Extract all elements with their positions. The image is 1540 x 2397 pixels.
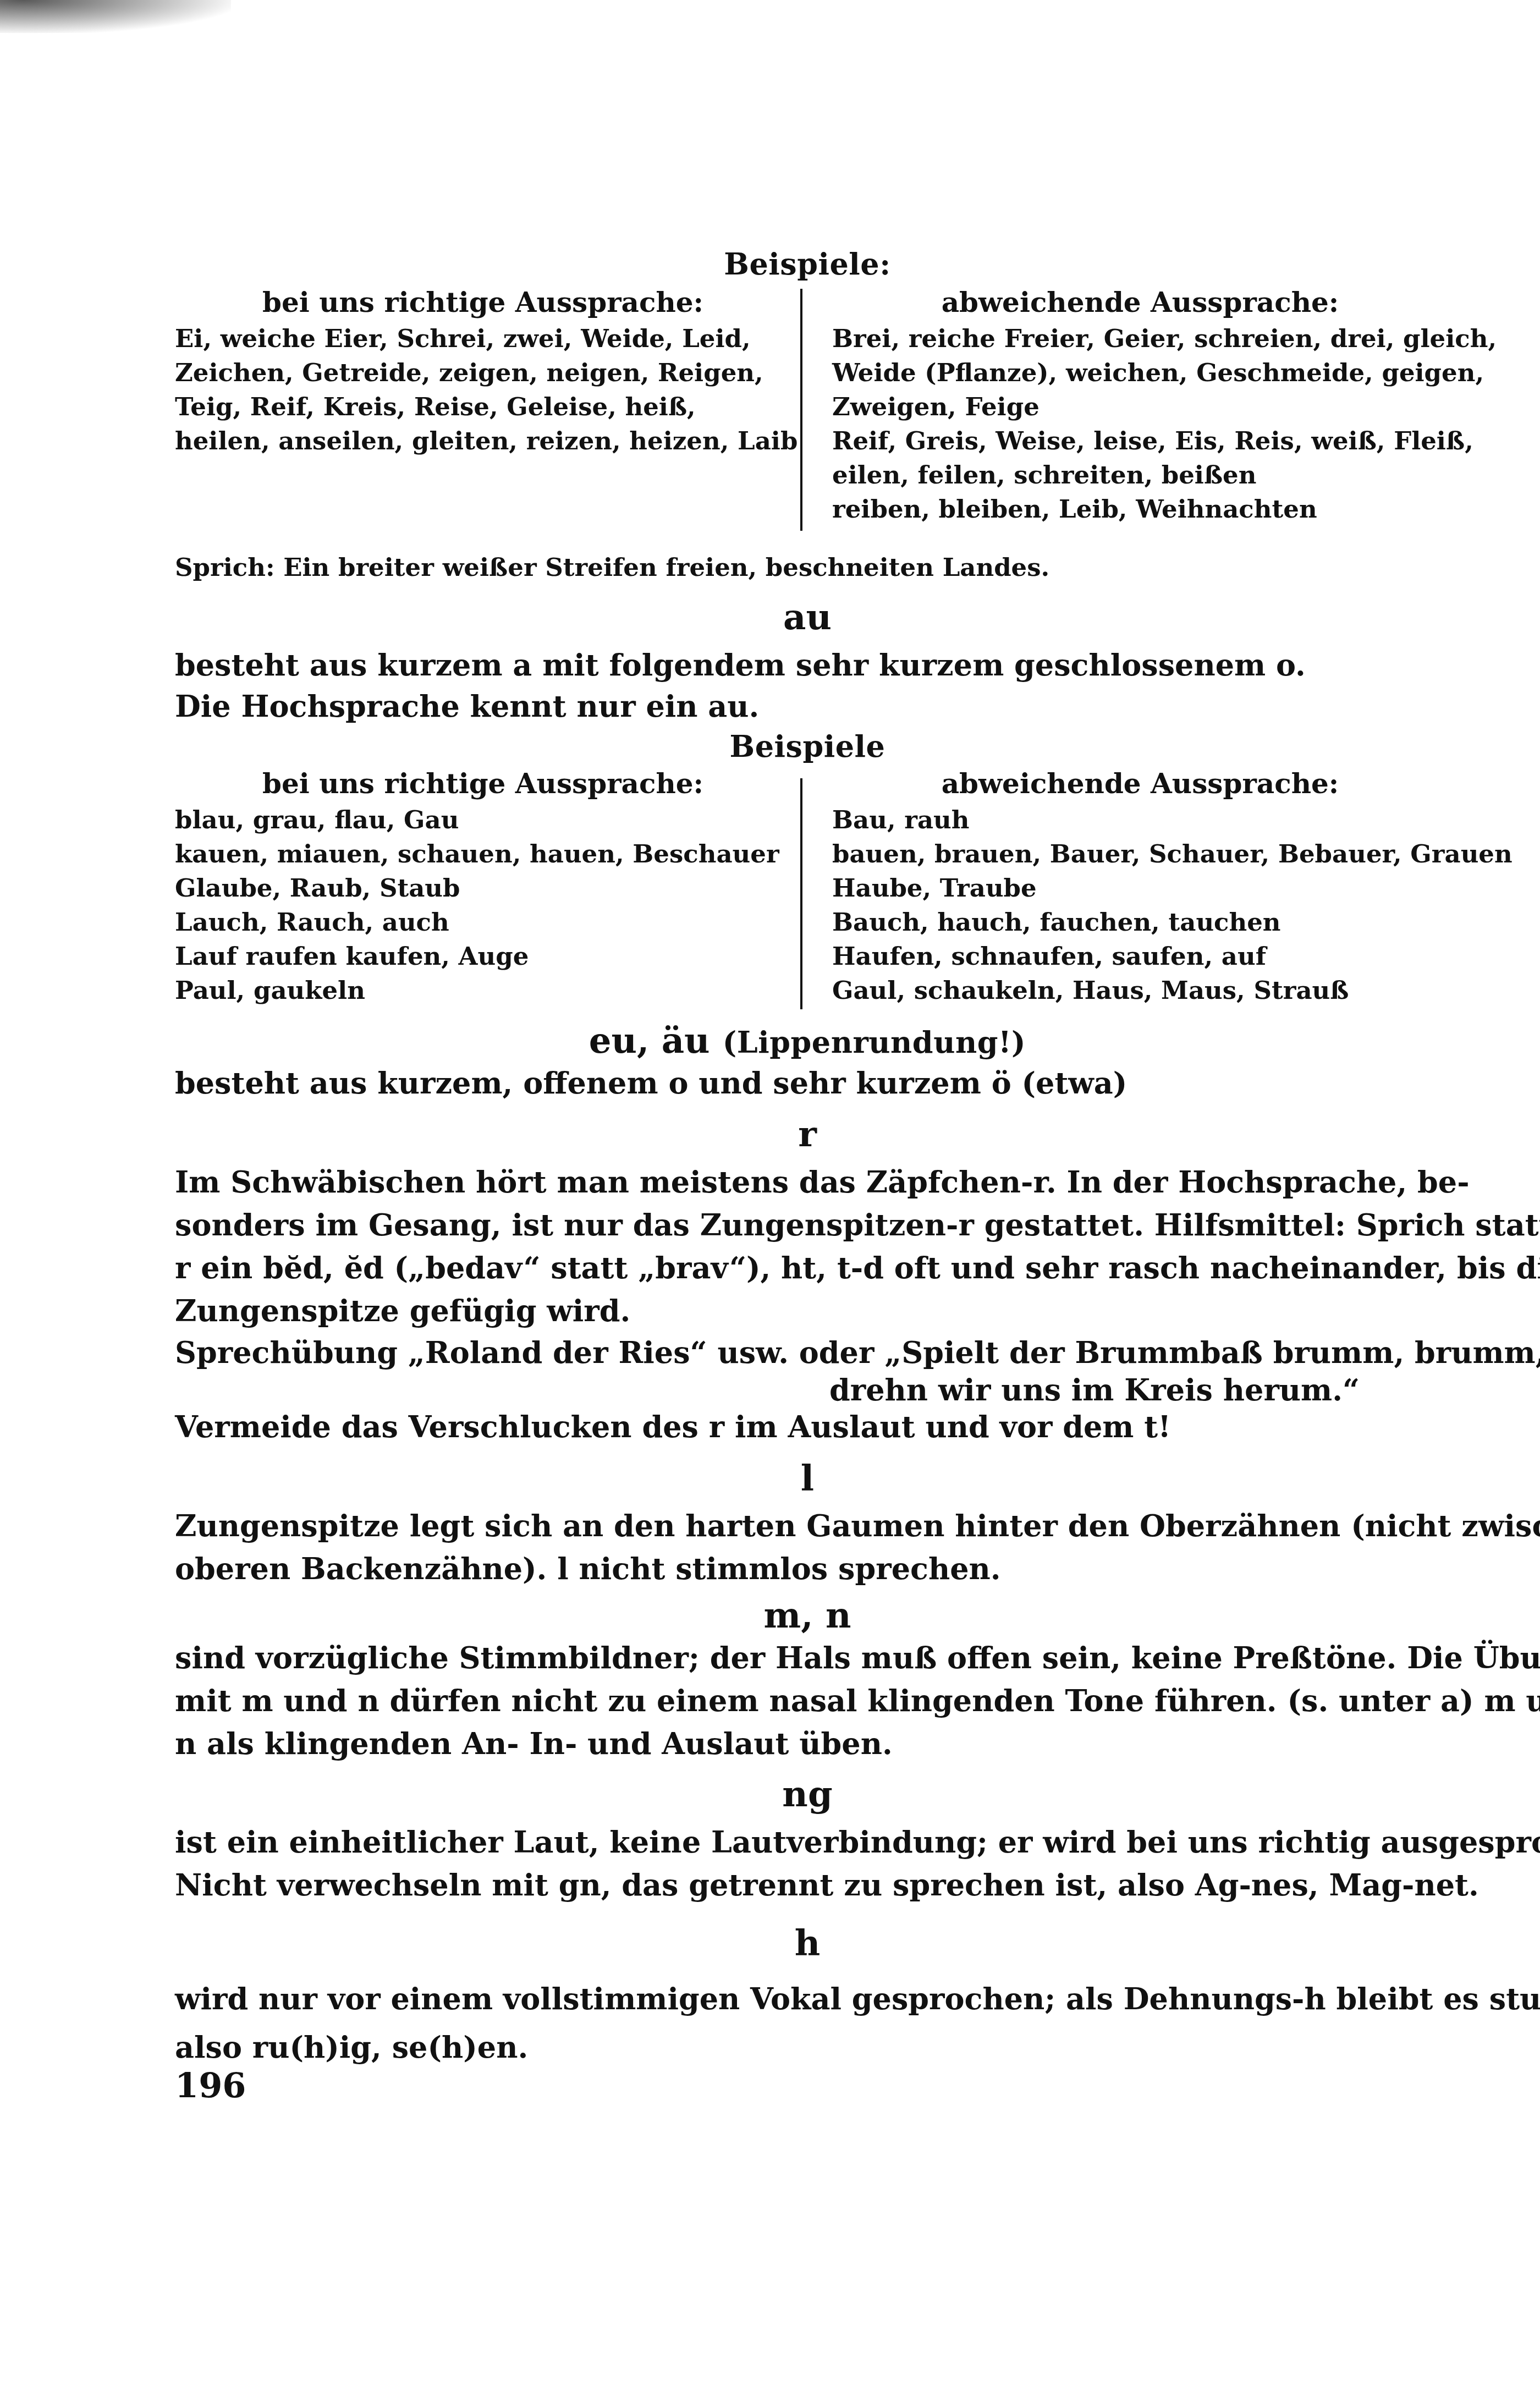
- heading-r: r: [175, 1114, 1440, 1155]
- r-paragraph-line: Zungenspitze gefügig wird.: [175, 1289, 1540, 1332]
- h-paragraph-line: also ru(h)ig, se(h)en.: [175, 2023, 1540, 2071]
- ei-correct-line: Ei, weiche Eier, Schrei, zwei, Weide, Le…: [175, 322, 791, 356]
- ei-correct-header: bei uns richtige Aussprache:: [175, 286, 791, 318]
- au-deviant-line: Gaul, schaukeln, Haus, Maus, Strauß: [832, 974, 1448, 1008]
- r-exercise-line: Sprechübung „Roland der Ries“ usw. oder …: [175, 1331, 1540, 1374]
- heading-ng: ng: [175, 1774, 1440, 1815]
- ng-paragraph-line: Nicht verwechseln mit gn, das getrennt z…: [175, 1863, 1540, 1906]
- l-paragraph-line: Zungenspitze legt sich an den harten Gau…: [175, 1504, 1540, 1547]
- r-paragraph-line: r ein bĕd, ĕd („bedav“ statt „brav“), ht…: [175, 1246, 1540, 1289]
- ei-correct-line: Teig, Reif, Kreis, Reise, Geleise, heiß,: [175, 390, 791, 424]
- ei-correct-line: Zeichen, Getreide, zeigen, neigen, Reige…: [175, 356, 791, 390]
- examples-title-au: Beispiele: [175, 729, 1440, 764]
- au-deviant-line: Bauch, hauch, fauchen, tauchen: [832, 905, 1448, 939]
- au-deviant-line: Bau, rauh: [832, 803, 1448, 837]
- examples-title-ei: Beispiele:: [175, 246, 1440, 282]
- ei-deviant-line: eilen, feilen, schreiten, beißen: [832, 458, 1448, 492]
- au-deviant-line: bauen, brauen, Bauer, Schauer, Bebauer, …: [832, 837, 1448, 871]
- au-correct-line: Lauf raufen kaufen, Auge: [175, 939, 791, 974]
- au-correct-line: kauen, miauen, schauen, hauen, Beschauer: [175, 837, 791, 871]
- page-number: 196: [175, 2065, 246, 2105]
- heading-au: au: [175, 597, 1440, 638]
- au-deviant-line: Haube, Traube: [832, 871, 1448, 905]
- au-correct-column: bei uns richtige Aussprache: blau, grau,…: [175, 767, 791, 1008]
- ei-correct-line: heilen, anseilen, gleiten, reizen, heize…: [175, 424, 791, 458]
- ei-correct-column: bei uns richtige Aussprache: Ei, weiche …: [175, 286, 791, 458]
- heading-l: l: [175, 1458, 1440, 1499]
- au-correct-line: blau, grau, flau, Gau: [175, 803, 791, 837]
- ei-deviant-header: abweichende Aussprache:: [832, 286, 1448, 318]
- scan-smudge: [0, 0, 231, 33]
- ei-deviant-line: reiben, bleiben, Leib, Weihnachten: [832, 492, 1448, 526]
- r-avoid-line: Vermeide das Verschlucken des r im Ausla…: [175, 1405, 1171, 1448]
- heading-h: h: [175, 1922, 1440, 1964]
- ei-deviant-line: Reif, Greis, Weise, leise, Eis, Reis, we…: [832, 424, 1448, 458]
- ei-deviant-line: Brei, reiche Freier, Geier, schreien, dr…: [832, 322, 1448, 356]
- l-paragraph: Zungenspitze legt sich an den harten Gau…: [175, 1504, 1540, 1590]
- r-paragraph-line: Im Schwäbischen hört man meistens das Zä…: [175, 1161, 1540, 1203]
- h-paragraph: wird nur vor einem vollstimmigen Vokal g…: [175, 1975, 1540, 2071]
- au-correct-header: bei uns richtige Aussprache:: [175, 767, 791, 800]
- mn-paragraph-line: n als klingenden An- In- und Auslaut übe…: [175, 1722, 1540, 1765]
- au-text-line: Die Hochsprache kennt nur ein au.: [175, 685, 759, 728]
- l-paragraph-line: oberen Backenzähne). l nicht stimmlos sp…: [175, 1547, 1540, 1590]
- ng-paragraph: ist ein einheitlicher Laut, keine Lautve…: [175, 1821, 1540, 1906]
- mn-paragraph-line: sind vorzügliche Stimmbildner; der Hals …: [175, 1636, 1540, 1679]
- r-paragraph: Im Schwäbischen hört man meistens das Zä…: [175, 1161, 1540, 1332]
- au-deviant-line: Haufen, schnaufen, saufen, auf: [832, 939, 1448, 974]
- eu-text: besteht aus kurzem, offenem o und sehr k…: [175, 1062, 1127, 1104]
- au-deviant-header: abweichende Aussprache:: [832, 767, 1448, 800]
- ei-speak-exercise: Sprich: Ein breiter weißer Streifen frei…: [175, 553, 1049, 582]
- au-text-line: besteht aus kurzem a mit folgendem sehr …: [175, 644, 1306, 686]
- h-paragraph-line: wird nur vor einem vollstimmigen Vokal g…: [175, 1975, 1540, 2023]
- ng-paragraph-line: ist ein einheitlicher Laut, keine Lautve…: [175, 1821, 1540, 1863]
- ei-deviant-line: Weide (Pflanze), weichen, Geschmeide, ge…: [832, 356, 1448, 390]
- column-divider: [800, 289, 802, 531]
- heading-eu-block: eu, äu (Lippenrundung!): [175, 1020, 1440, 1062]
- ei-deviant-line: Zweigen, Feige: [832, 390, 1448, 424]
- mn-paragraph: sind vorzügliche Stimmbildner; der Hals …: [175, 1636, 1540, 1765]
- r-paragraph-line: sonders im Gesang, ist nur das Zungenspi…: [175, 1203, 1540, 1246]
- ei-deviant-column: abweichende Aussprache: Brei, reiche Fre…: [832, 286, 1448, 526]
- au-correct-line: Glaube, Raub, Staub: [175, 871, 791, 905]
- au-correct-line: Paul, gaukeln: [175, 974, 791, 1008]
- au-deviant-column: abweichende Aussprache: Bau, rauh bauen,…: [832, 767, 1448, 1008]
- heading-eu-note: (Lippenrundung!): [723, 1025, 1026, 1060]
- heading-mn: m, n: [175, 1595, 1440, 1636]
- mn-paragraph-line: mit m und n dürfen nicht zu einem nasal …: [175, 1679, 1540, 1722]
- column-divider: [800, 778, 802, 1009]
- heading-eu: eu, äu: [589, 1020, 710, 1062]
- au-correct-line: Lauch, Rauch, auch: [175, 905, 791, 939]
